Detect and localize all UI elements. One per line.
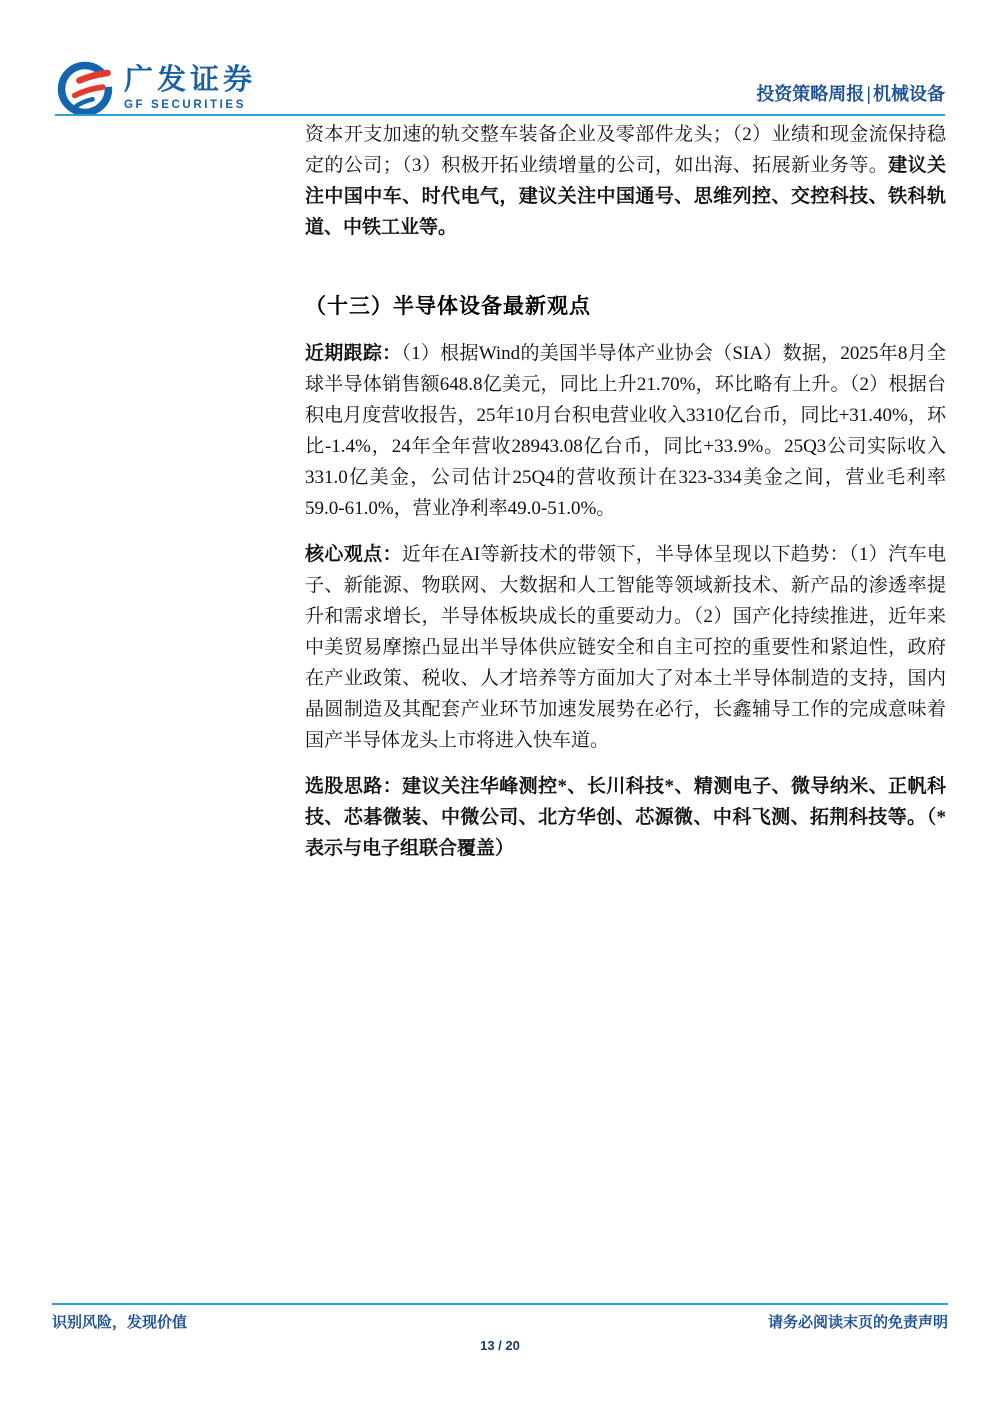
- footer: 识别风险，发现价值 请务必阅读末页的免责声明: [52, 1311, 948, 1332]
- paragraph-rail-transit-text: 资本开支加速的轨交整车装备企业及零部件龙头；（2）业绩和现金流保持稳定的公司；（…: [305, 124, 946, 176]
- gf-securities-logo-icon: [55, 58, 115, 118]
- category-separator: |: [864, 84, 873, 104]
- logo-name-en: GF SECURITIES: [124, 99, 256, 111]
- paragraph-tracking: 近期跟踪：（1）根据Wind的美国半导体产业协会（SIA）数据，2025年8月全…: [305, 338, 946, 524]
- report-type-label: 投资策略周报: [756, 84, 864, 104]
- article-content: 资本开支加速的轨交整车装备企业及零部件龙头；（2）业绩和现金流保持稳定的公司；（…: [305, 119, 946, 879]
- industry-label: 机械设备: [873, 84, 945, 104]
- paragraph-stock-picks: 选股思路：建议关注华峰测控*、长川科技*、精测电子、微导纳米、正帆科技、芯碁微装…: [305, 771, 946, 864]
- core-view-label: 核心观点：: [305, 544, 402, 565]
- logo-name-cn: 广发证券: [124, 65, 256, 95]
- stock-picks-text: 建议关注华峰测控*、长川科技*、精测电子、微导纳米、正帆科技、芯碁微装、中微公司…: [305, 776, 946, 859]
- core-view-text: 近年在AI等新技术的带领下，半导体呈现以下趋势：（1）汽车电子、新能源、物联网、…: [305, 544, 946, 751]
- tracking-label: 近期跟踪：: [305, 343, 401, 364]
- paragraph-rail-transit: 资本开支加速的轨交整车装备企业及零部件龙头；（2）业绩和现金流保持稳定的公司；（…: [305, 119, 946, 243]
- logo: 广发证券 GF SECURITIES: [55, 58, 256, 118]
- section-title: （十三）半导体设备最新观点: [305, 290, 946, 320]
- tracking-text: （1）根据Wind的美国半导体产业协会（SIA）数据，2025年8月全球半导体销…: [305, 343, 946, 519]
- report-page: 广发证券 GF SECURITIES 投资策略周报|机械设备 资本开支加速的轨交…: [0, 0, 1000, 1414]
- footer-slogan: 识别风险，发现价值: [52, 1311, 187, 1332]
- report-category: 投资策略周报|机械设备: [756, 80, 945, 106]
- page-number: 13 / 20: [0, 1338, 1000, 1353]
- logo-text: 广发证券 GF SECURITIES: [124, 65, 256, 110]
- footer-divider: [52, 1303, 948, 1305]
- stock-picks-label: 选股思路：: [305, 776, 402, 797]
- header-divider: [55, 114, 945, 116]
- paragraph-core-view: 核心观点：近年在AI等新技术的带领下，半导体呈现以下趋势：（1）汽车电子、新能源…: [305, 539, 946, 756]
- footer-disclaimer-note: 请务必阅读末页的免责声明: [768, 1311, 948, 1332]
